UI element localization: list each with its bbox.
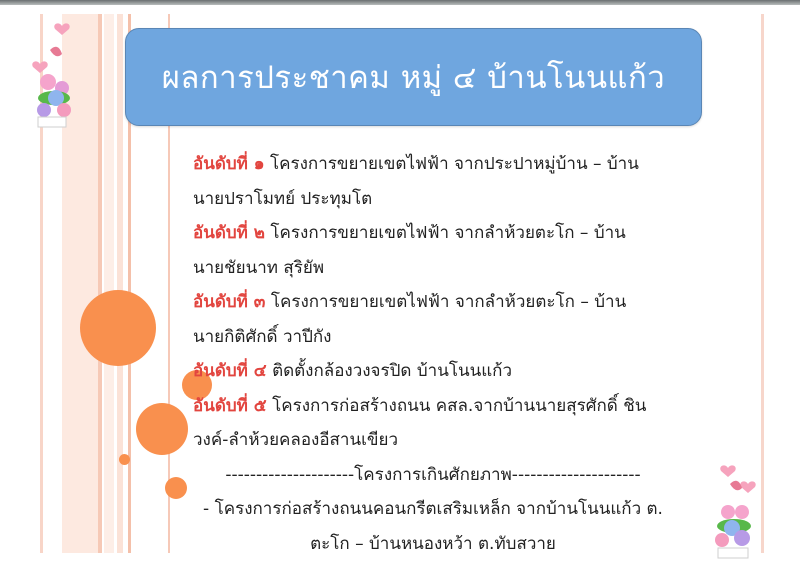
decor-circle-small [165,477,187,499]
decor-circle-tiny [119,454,130,465]
rank-label: อันดับที่ ๓ [193,292,265,312]
rank-label: อันดับที่ ๑ [193,154,265,174]
extra-project-line: - โครงการก่อสร้างถนนคอนกรีตเสริมเหล็ก จา… [203,492,663,527]
decor-circle-medium [136,403,188,455]
decor-stripe [104,14,114,553]
ranking-list: อันดับที่ ๑ โครงการขยายเขตไฟฟ้า จากประปา… [193,147,693,561]
list-item-continuation: นายชัยนาท สุริยัพ [193,251,693,286]
list-item-continuation: นายปราโมทย์ ประทุมโต [193,182,693,217]
rank-label: อันดับที่ ๔ [193,361,267,381]
project-text: ติดตั้งกล้องวงจรปิด บ้านโนนแก้ว [272,361,512,381]
flower-clipart-icon [32,18,78,128]
scan-top-edge [0,0,800,5]
list-item-continuation: วงค์-ลำห้วยคลองอีสานเขียว [193,423,693,458]
list-item: อันดับที่ ๓ โครงการขยายเขตไฟฟ้า จากลำห้ว… [193,285,693,320]
list-item-continuation: นายกิติศักดิ์ วาปีกัง [193,320,693,355]
list-item: อันดับที่ ๔ ติดตั้งกล้องวงจรปิด บ้านโนนแ… [193,354,693,389]
list-item: อันดับที่ ๑ โครงการขยายเขตไฟฟ้า จากประปา… [193,147,693,182]
extra-project-line: ตะโก – บ้านหนองหว้า ต.ทับสวาย [203,527,663,562]
list-item: อันดับที่ ๒ โครงการขยายเขตไฟฟ้า จากลำห้ว… [193,216,693,251]
decor-stripe [117,14,123,553]
decor-circle-large [80,290,156,366]
section-separator: ---------------------โครงการเกินศักยภาพ-… [203,458,663,493]
slide-title-box: ผลการประชาคม หมู่ ๔ บ้านโนนแก้ว [125,28,702,126]
rank-label: อันดับที่ ๒ [193,223,265,243]
rank-label: อันดับที่ ๕ [193,396,267,416]
slide-title: ผลการประชาคม หมู่ ๔ บ้านโนนแก้ว [162,52,665,102]
project-text: โครงการก่อสร้างถนน คสล.จากบ้านนายสุรศักด… [272,396,646,416]
project-text: โครงการขยายเขตไฟฟ้า จากลำห้วยตะโก – บ้าน [271,292,626,312]
project-text: โครงการขยายเขตไฟฟ้า จากลำห้วยตะโก – บ้าน [270,223,625,243]
list-item: อันดับที่ ๕ โครงการก่อสร้างถนน คสล.จากบ้… [193,389,693,424]
decor-stripe [761,14,764,553]
flower-clipart-icon [712,462,758,562]
project-text: โครงการขยายเขตไฟฟ้า จากประปาหมู่บ้าน – บ… [270,154,639,174]
decor-stripe [98,14,102,553]
